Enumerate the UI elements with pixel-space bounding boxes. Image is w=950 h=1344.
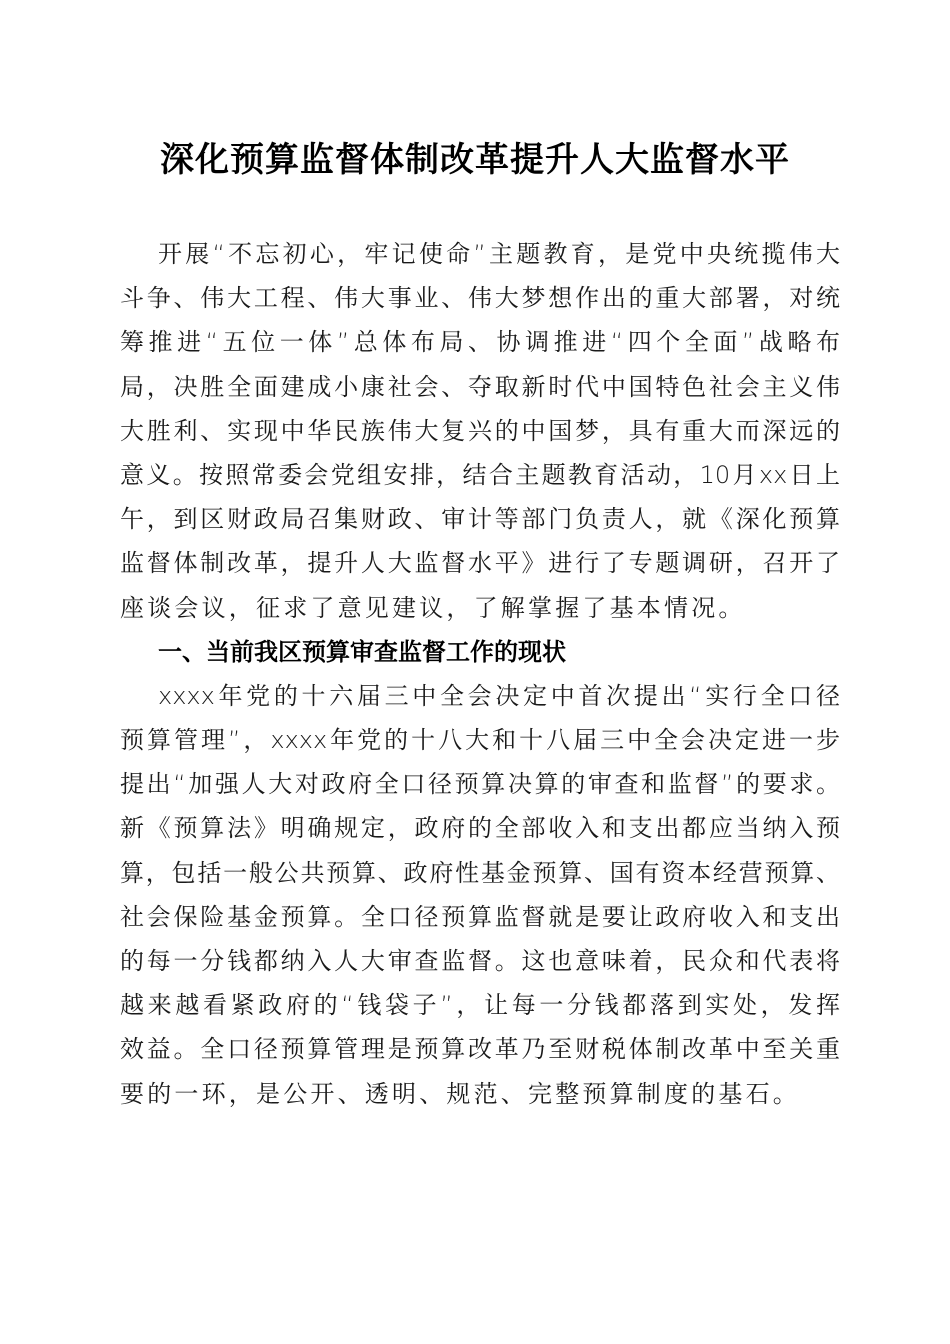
text-line: 要的一环，是公开、透明、规范、完整预算制度的基石。: [120, 1072, 840, 1116]
paragraph-intro: 开展“不忘初心，牢记使命”主题教育，是党中央统揽伟大 斗争、伟大工程、伟大事业、…: [120, 232, 840, 630]
text-line: 算，包括一般公共预算、政府性基金预算、国有资本经营预算、: [120, 851, 840, 895]
text-line: 大胜利、实现中华民族伟大复兴的中国梦，具有重大而深远的: [120, 409, 840, 453]
section-heading: 一、当前我区预算审查监督工作的现状: [120, 630, 840, 674]
text-line: 开展“不忘初心，牢记使命”主题教育，是党中央统揽伟大: [120, 232, 840, 276]
paragraph-section1: xxxx年党的十六届三中全会决定中首次提出“实行全口径 预算管理”，xxxx年党…: [120, 674, 840, 1116]
document-page: 深化预算监督体制改革提升人大监督水平 开展“不忘初心，牢记使命”主题教育，是党中…: [0, 0, 950, 1344]
text-line: 的每一分钱都纳入人大审查监督。这也意味着，民众和代表将: [120, 939, 840, 983]
text-line: 斗争、伟大工程、伟大事业、伟大梦想作出的重大部署，对统: [120, 276, 840, 320]
document-title: 深化预算监督体制改革提升人大监督水平: [0, 136, 950, 184]
text-line: 意义。按照常委会党组安排，结合主题教育活动，10月xx日上: [120, 453, 840, 497]
text-line: xxxx年党的十六届三中全会决定中首次提出“实行全口径: [120, 674, 840, 718]
text-line: 筹推进“五位一体”总体布局、协调推进“四个全面”战略布: [120, 320, 840, 364]
text-line: 社会保险基金预算。全口径预算监督就是要让政府收入和支出: [120, 895, 840, 939]
text-line: 提出“加强人大对政府全口径预算决算的审查和监督”的要求。: [120, 762, 840, 806]
text-line: 效益。全口径预算管理是预算改革乃至财税体制改革中至关重: [120, 1027, 840, 1071]
text-line: 座谈会议，征求了意见建议，了解掌握了基本情况。: [120, 586, 840, 630]
text-line: 监督体制改革，提升人大监督水平》进行了专题调研，召开了: [120, 541, 840, 585]
document-body: 开展“不忘初心，牢记使命”主题教育，是党中央统揽伟大 斗争、伟大工程、伟大事业、…: [120, 232, 840, 1116]
text-line: 新《预算法》明确规定，政府的全部收入和支出都应当纳入预: [120, 806, 840, 850]
text-line: 越来越看紧政府的“钱袋子”，让每一分钱都落到实处，发挥: [120, 983, 840, 1027]
text-line: 预算管理”，xxxx年党的十八大和十八届三中全会决定进一步: [120, 718, 840, 762]
text-line: 午，到区财政局召集财政、审计等部门负责人，就《深化预算: [120, 497, 840, 541]
text-line: 局，决胜全面建成小康社会、夺取新时代中国特色社会主义伟: [120, 365, 840, 409]
